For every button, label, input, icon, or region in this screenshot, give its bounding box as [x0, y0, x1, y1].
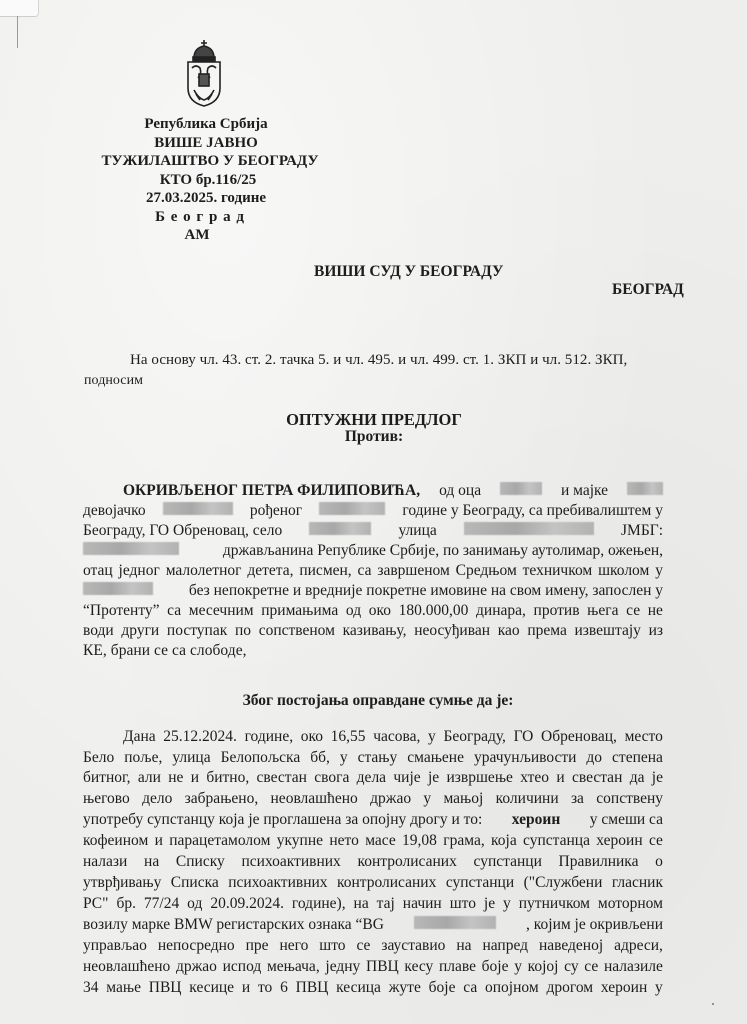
facts-line-8: утврђивањуСпискапсихоактивнихконтролисан… [83, 874, 663, 892]
word: контролисаних [337, 874, 436, 892]
word: супстанца [523, 832, 590, 850]
text: , којим је окривљени [526, 916, 663, 934]
defendant-line-1: ОКРИВЉЕНОГ ПЕТРА ФИЛИПОВИЋА, од оца и ма… [123, 482, 663, 500]
redacted-field [83, 542, 179, 555]
text: ЈМБГ: [621, 522, 663, 540]
defendant-line-7: “Протенту”самесечнимпримањимаодоко180.00… [83, 602, 663, 620]
header-city: Б е о г р а д [155, 209, 245, 226]
word: месечним [189, 602, 254, 620]
word: једног [119, 562, 160, 580]
word: ПВЦ [296, 979, 329, 997]
word: ПВЦ [149, 979, 182, 997]
facts-line-10: возилу марке BMW регистарских ознака “BG… [83, 916, 663, 934]
redacted-field [464, 522, 594, 535]
word: извештају [575, 622, 641, 640]
word: битног, [83, 769, 130, 787]
word: зауставио [381, 937, 445, 955]
word: него [279, 937, 308, 955]
facts-line-13: 34мањеПВЦкесицеито6ПВЦкесицажутебојесаоп… [83, 979, 663, 997]
header-office-line1: ВИШЕ ЈАВНО [154, 135, 258, 152]
word: стању [358, 749, 398, 767]
word: се [626, 602, 640, 620]
word: неовлашћено [271, 790, 358, 808]
word: не [168, 769, 183, 787]
word: хтео [520, 769, 549, 787]
text: и мајке [561, 482, 608, 500]
word: по [235, 622, 251, 640]
word: наведеној [539, 937, 603, 955]
defendant-line-3: Београду, ГО Обреновац, село улица ЈМБГ: [83, 522, 663, 540]
word: моторном [598, 895, 663, 913]
word: писмен, [299, 562, 351, 580]
word: техничком [523, 562, 593, 580]
word: у [340, 749, 348, 767]
word: на [456, 937, 471, 955]
facts-line-4: његоводелозабрањено,неовлашћенодржаоумањ… [83, 790, 663, 808]
word: гласник [612, 874, 663, 892]
word: мање [106, 979, 141, 997]
word: 77/24 [144, 895, 179, 913]
document-subtitle: Против: [345, 428, 403, 446]
text: године у Београду, са пребивалиштем у [402, 502, 663, 520]
word: хероин [596, 832, 642, 850]
word: чије [393, 769, 420, 787]
word: држао [176, 958, 217, 976]
word: против [534, 602, 580, 620]
word: на [354, 895, 369, 913]
word: психоактивних [241, 853, 340, 871]
word: хероин [601, 979, 647, 997]
word: свога [314, 769, 349, 787]
text: употребу супстанцу која је проглашена за… [83, 811, 482, 829]
substance-name: хероин [512, 811, 560, 829]
defendant-line-2: девојачко рођеног године у Београду, са … [83, 502, 663, 520]
facts-line-2: Белопоље,улицаБелопољскабб,устањусмањене… [83, 749, 663, 767]
word: мањој [443, 790, 483, 808]
header-initials: АМ [185, 227, 210, 244]
word: око [369, 602, 391, 620]
intro-submit: подносим [84, 373, 143, 389]
word: то [258, 979, 272, 997]
word: са [167, 602, 181, 620]
word: се [584, 958, 598, 976]
redacted-field [500, 482, 542, 495]
word: Списку [176, 853, 225, 871]
word: супстанци [474, 853, 542, 871]
word: поље, [124, 749, 162, 767]
word: казивању, [343, 622, 407, 640]
word: у [428, 728, 436, 746]
word: место [625, 728, 663, 746]
word: у [655, 562, 663, 580]
word: која [491, 832, 517, 850]
facts-line-9: РС"бр.77/24од20.09.2024.године),натајнач… [83, 895, 663, 913]
word: кесице [189, 979, 234, 997]
word: школом [598, 562, 649, 580]
word: напред [482, 937, 528, 955]
word: парацетамолом [169, 832, 270, 850]
word: године), [292, 895, 346, 913]
word: часова, [373, 728, 420, 746]
word: Обреновац, [541, 728, 617, 746]
word: води [83, 622, 114, 640]
text: улица [398, 522, 436, 540]
word: се [649, 832, 663, 850]
word: тај [377, 895, 395, 913]
facts-line-1: Дана25.12.2024.године,око16,55часова,уБе… [123, 728, 663, 746]
word: од [187, 895, 202, 913]
text: у смеши са [590, 811, 663, 829]
redacted-field [163, 502, 233, 515]
word: свестан [572, 769, 622, 787]
word: 19,08 [402, 832, 437, 850]
word: Бело [83, 749, 114, 767]
word: ГО [514, 728, 534, 746]
text: од оца [439, 482, 481, 500]
word: њега [587, 602, 618, 620]
word: његово [83, 790, 130, 808]
word: путничком [519, 895, 590, 913]
case-number: КТО бр.116/25 [160, 172, 257, 189]
word: супстанци [446, 874, 514, 892]
text: рођеног [250, 502, 302, 520]
staple-mark [17, 16, 18, 48]
word: РС" [83, 895, 108, 913]
word: Белопољска [221, 749, 301, 767]
word: малолетног [166, 562, 242, 580]
text: возилу марке BMW регистарских ознака “BG [83, 916, 384, 934]
facts-line-5: употребу супстанцу која је проглашена за… [83, 811, 663, 829]
word: поступак [167, 622, 227, 640]
word: што [319, 937, 345, 955]
document-page: Република Србија ВИШЕ ЈАВНО ТУЖИЛАШТВО У… [0, 0, 747, 1024]
word: Београду, [443, 728, 505, 746]
defendant-line-6: без непокретне и вредније покретне имови… [83, 582, 663, 600]
word: налазиле [604, 958, 663, 976]
word: 6 [280, 979, 288, 997]
word: 16,55 [331, 728, 366, 746]
word: али [138, 769, 161, 787]
word: је [652, 769, 663, 787]
word: утврђивању [83, 874, 161, 892]
folded-corner [0, 0, 39, 17]
word: ("Службени [524, 874, 603, 892]
word: битно, [206, 769, 249, 787]
facts-line-12: неовлашћенодржаоисподмењача,једнуПВЦкесу… [83, 958, 663, 976]
text: држављанина Републике Србије, по занимањ… [223, 542, 663, 560]
word: сопствену [596, 790, 663, 808]
word: је [428, 769, 439, 787]
word: 20.09.2024. [210, 895, 284, 913]
defendant-line-8: водидругипоступакпосопственомказивању,не… [83, 622, 663, 640]
word: 25.12.2024. [163, 728, 237, 746]
word: су [564, 958, 578, 976]
word: Списка [171, 874, 219, 892]
word: Правилника [559, 853, 639, 871]
addressee-city: БЕОГРАД [612, 281, 684, 299]
word: и [155, 832, 163, 850]
redacted-field [83, 582, 153, 595]
document-title: ОПТУЖНИ ПРЕДЛОГ [286, 410, 462, 430]
text: Београду, ГО Обреновац, село [83, 522, 282, 540]
word: свестан [257, 769, 307, 787]
word: укупне [277, 832, 323, 850]
word: грама, [443, 832, 484, 850]
word: опојном [485, 979, 539, 997]
word: 34 [83, 979, 99, 997]
word: од [346, 602, 361, 620]
word: психоактивних [228, 874, 327, 892]
reason-heading: Због постојања оправдане сумње да је: [243, 692, 514, 710]
word: 180.000,00 [399, 602, 469, 620]
facts-line-3: битног,алинеибитно,свестансвогаделачијеј… [83, 769, 663, 787]
word: количини [496, 790, 559, 808]
word: држао [370, 790, 411, 808]
word: за [571, 790, 584, 808]
facts-line-11: управљаонепосреднопренегоштосезауставион… [83, 937, 663, 955]
word: управљао [83, 937, 147, 955]
word: забрањено, [185, 790, 259, 808]
word: неосуђиван [414, 622, 490, 640]
word: масе [365, 832, 396, 850]
word: детета, [247, 562, 293, 580]
word: се [356, 937, 370, 955]
word: бб, [310, 749, 330, 767]
word: непосредно [158, 937, 235, 955]
word: жуте [389, 979, 421, 997]
word: сопственом [259, 622, 335, 640]
word: године, [245, 728, 294, 746]
redacted-field [309, 522, 371, 535]
word: боје [482, 958, 509, 976]
word: нето [329, 832, 359, 850]
word: плаве [439, 958, 476, 976]
word: као [498, 622, 520, 640]
word: око [301, 728, 323, 746]
scan-speck [712, 1003, 714, 1005]
word: улица [172, 749, 210, 767]
word: и [242, 979, 250, 997]
word: једну [325, 958, 360, 976]
word: неовлашћено [83, 958, 170, 976]
word: смањене [407, 749, 464, 767]
word: кесица [336, 979, 381, 997]
defendant-line-4: држављанина Републике Србије, по занимањ… [83, 542, 663, 560]
word: што [450, 895, 476, 913]
word: завршеном [377, 562, 449, 580]
word: други [121, 622, 159, 640]
word: и [191, 769, 199, 787]
word: мењача, [267, 958, 320, 976]
text: без непокретне и вредније покретне имови… [189, 582, 663, 600]
word: на [144, 853, 159, 871]
word: степена [612, 749, 663, 767]
word: налази [83, 853, 127, 871]
word: према [527, 622, 567, 640]
facts-line-6: кофеиномипарацетамоломукупненетомасе19,0… [83, 832, 663, 850]
word: урачунљивости [474, 749, 576, 767]
word: ПВЦ [366, 958, 399, 976]
word: дело [142, 790, 172, 808]
word: у [514, 958, 522, 976]
word: кесу [404, 958, 433, 976]
word: у [423, 790, 431, 808]
word: и [556, 769, 564, 787]
word: бр. [116, 895, 136, 913]
word: да [630, 769, 645, 787]
word: до [586, 749, 602, 767]
word: не [648, 602, 663, 620]
redacted-field [627, 482, 663, 495]
defendant-line-5: отацједногмалолетногдетета,писмен,сазавр… [83, 562, 663, 580]
defendant-line-9: КЕ, брани се са слободе, [83, 642, 247, 660]
facts-line-7: налазинаСпискупсихоактивнихконтролисаних… [83, 853, 663, 871]
intro-legal-basis: На основу чл. 43. ст. 2. тачка 5. и чл. … [130, 352, 627, 369]
redacted-plate [414, 916, 496, 929]
word: у [655, 979, 663, 997]
word: дрогом [546, 979, 593, 997]
word: адреси, [614, 937, 663, 955]
word: о [655, 853, 663, 871]
word: Дана [123, 728, 156, 746]
word: у [503, 895, 511, 913]
defendant-name: ОКРИВЉЕНОГ ПЕТРА ФИЛИПОВИЋА, [123, 482, 420, 500]
word: “Протенту” [83, 602, 160, 620]
word: пре [246, 937, 269, 955]
word: примањима [261, 602, 338, 620]
word: отац [83, 562, 113, 580]
header-office-line2: ТУЖИЛАШТВО У БЕОГРАДУ [102, 153, 319, 170]
word: којој [528, 958, 559, 976]
word: из [649, 622, 663, 640]
word: дела [357, 769, 386, 787]
word: начин [403, 895, 442, 913]
word: боје [429, 979, 456, 997]
word: са [358, 562, 372, 580]
word: динара, [476, 602, 526, 620]
word: кофеином [83, 832, 148, 850]
word: извршење [447, 769, 513, 787]
word: Средњом [456, 562, 517, 580]
word: контролисаних [357, 853, 456, 871]
text: девојачко [83, 502, 146, 520]
word: испод [223, 958, 262, 976]
word: са [463, 979, 477, 997]
serbia-coat-of-arms-icon [182, 38, 226, 110]
document-date: 27.03.2025. године [146, 190, 266, 207]
word: је [484, 895, 495, 913]
header-republic: Република Србија [144, 116, 267, 133]
redacted-field [319, 502, 385, 515]
addressee-court: ВИШИ СУД У БЕОГРАДУ [314, 263, 503, 281]
